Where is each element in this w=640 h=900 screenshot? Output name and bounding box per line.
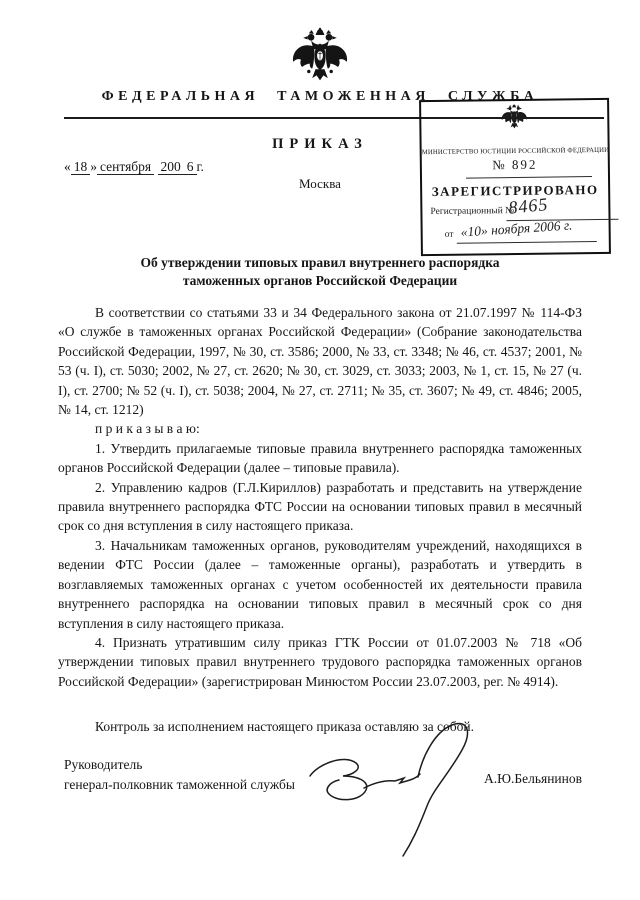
stamp-reg-number-label: Регистрационный №	[430, 206, 514, 217]
signatory-role-line1: Руководитель	[64, 755, 295, 775]
order-item-4: 4. Признать утратившим силу приказ ГТК Р…	[58, 633, 582, 691]
signatory-role: Руководитель генерал-полковник таможенно…	[64, 755, 295, 794]
order-body: В соответствии со статьями 33 и 34 Федер…	[58, 303, 582, 737]
stamp-doc-number: № 892	[422, 156, 608, 174]
order-title-line2: таможенных органов Российской Федерации	[0, 272, 640, 290]
intro-paragraph: В соответствии со статьями 33 и 34 Федер…	[58, 303, 582, 419]
registration-stamp: МИНИСТЕРСТВО ЮСТИЦИИ РОССИЙСКОЙ ФЕДЕРАЦИ…	[419, 98, 611, 256]
date-suffix: г.	[197, 159, 204, 174]
order-item-3: 3. Начальникам таможенных органов, руков…	[58, 536, 582, 633]
stamp-eagle-icon	[501, 103, 527, 133]
date-close-quote: »	[90, 159, 97, 174]
stamp-ministry-label: МИНИСТЕРСТВО ЮСТИЦИИ РОССИЙСКОЙ ФЕДЕРАЦИ…	[422, 147, 608, 156]
order-item-1: 1. Утвердить прилагаемые типовые правила…	[58, 439, 582, 478]
stamp-date-handwritten: «10» ноября 2006 г.	[460, 217, 573, 240]
date-century: 200	[158, 159, 184, 175]
stamp-doc-number-underline	[466, 176, 592, 179]
order-title: Об утверждении типовых правил внутреннег…	[0, 254, 640, 290]
document-page: ФЕДЕРАЛЬНАЯ ТАМОЖЕННАЯ СЛУЖБА ПРИКАЗ «18…	[0, 0, 640, 900]
stamp-reg-number-handwritten: 8465	[507, 194, 549, 219]
date-month: сентября	[97, 159, 154, 175]
signatory-role-line2: генерал-полковник таможенной службы	[64, 775, 295, 795]
date-open-quote: «	[64, 159, 71, 174]
order-word: п р и к а з ы в а ю:	[58, 419, 582, 438]
order-title-line1: Об утверждении типовых правил внутреннег…	[0, 254, 640, 272]
stamp-date-label: от	[445, 230, 454, 240]
handwritten-signature	[300, 720, 490, 860]
signatory-name: А.Ю.Бельянинов	[484, 771, 582, 787]
date-year-digit: 6	[184, 159, 197, 175]
order-item-2: 2. Управлению кадров (Г.Л.Кириллов) разр…	[58, 478, 582, 536]
date-line: «18»сентября 2006г.	[64, 159, 204, 175]
stamp-date-underline	[457, 241, 597, 244]
russia-coat-of-arms-icon	[292, 26, 348, 90]
date-day: 18	[71, 159, 91, 175]
